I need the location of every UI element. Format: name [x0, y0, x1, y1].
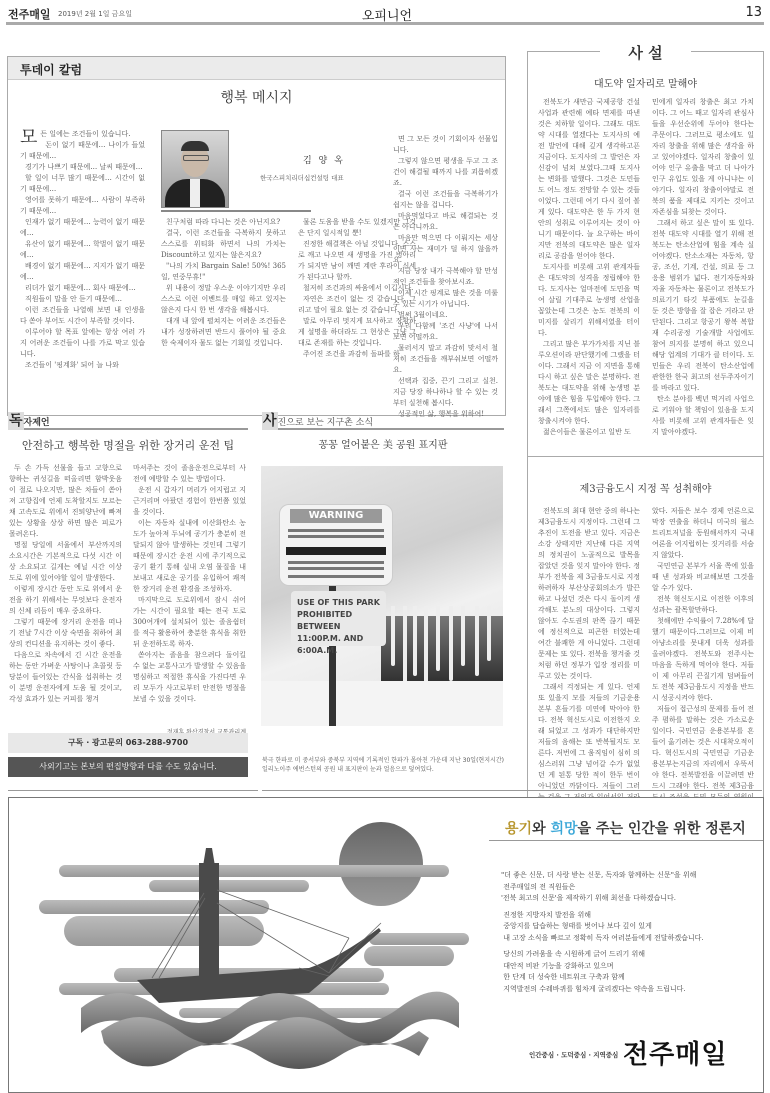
reader-column-text-2: 마셔주는 것이 졸음운전으로부터 사전에 예방할 수 있는 방법이다.운전 시 … — [133, 463, 246, 705]
today-column-text-4: 면 그 모든 것이 기회이자 선물입니다.그렇지 않으면 평생을 두고 그 조건… — [393, 134, 498, 420]
today-column: 투데이 칼럼 행복 메시지 김 양 옥 한국스피치리더십컨설팅 대표 모 든 일… — [7, 56, 506, 416]
editorial-title-1: 대도약 일자리로 말해야 — [528, 75, 763, 90]
ad-body: "더 좋은 신문, 더 사랑 받는 신문, 독자와 함께하는 신문"을 위해 전… — [501, 870, 761, 1000]
section-divider — [8, 790, 258, 791]
photo-news-title: 꽁꽁 얼어붙은 美 공원 표지판 — [262, 436, 504, 451]
photo-news-initial: 사 — [262, 412, 278, 430]
reader-header-label: 자제언 — [24, 418, 50, 428]
subscription-bar: 구독 · 광고문의 063-288-9700 — [8, 733, 248, 753]
masthead-rule — [6, 22, 764, 25]
section-divider — [262, 790, 762, 791]
editorial-title-2: 제3금융도시 지정 꼭 성취해야 — [528, 480, 763, 495]
editorial-1-text-1: 전북도가 새만금 국제공항 건설 사업과 관련해 예타 면제를 따낸 것은 치하… — [538, 97, 640, 438]
editorial-label: 사 설 — [528, 42, 763, 63]
editorial-box: 사 설 대도약 일자리로 말해야 전북도가 새만금 국제공항 건설 사업과 관련… — [527, 51, 764, 457]
photo-news-image: USE OF THIS PARK PROHIBITED BETWEEN 11:0… — [261, 466, 503, 726]
author-photo — [161, 130, 229, 208]
ad-headline: 용기와 희망을 주는 인간을 위한 정론지 — [505, 818, 746, 838]
reader-column-header: 독자제언 — [8, 410, 248, 430]
ad-divider — [489, 840, 763, 841]
byline-divider — [161, 210, 311, 212]
today-column-label: 투데이 칼럼 — [20, 61, 82, 78]
photo-news-header: 사진으로 보는 지구촌 소식 — [262, 410, 504, 430]
editorial-box-2: 제3금융도시 지정 꼭 성취해야 전북도의 최대 현안 중의 하나는 제3금융도… — [527, 456, 764, 813]
ad-logo: 전주매일 — [623, 1034, 727, 1071]
reader-header-initial: 독 — [8, 412, 24, 430]
masthead: 전주매일 2019년 2월 1일 금요일 오피니언 13 — [8, 4, 766, 24]
ad-slogan: 인간중심 · 도덕중심 · 지역중심 — [529, 1050, 618, 1059]
newspaper-ad: 용기와 희망을 주는 인간을 위한 정론지 "더 좋은 신문, 더 사랑 받는 … — [8, 797, 764, 1093]
dropcap: 모 — [20, 129, 37, 147]
park-hours-sign: USE OF THIS PARK PROHIBITED BETWEEN 11:0… — [291, 591, 386, 646]
today-column-text-1: 모 든 일에는 조건들이 있습니다. 돈이 없기 때문에… 나이가 들었기 때문… — [20, 129, 145, 371]
editorial-2-text-2: 았다. 저들은 보수 경제 언론으로 막장 연출을 하더니 미국의 월스트리트저… — [652, 506, 754, 814]
subscription-label: 구독 · 광고문의 — [68, 738, 123, 747]
page-number: 13 — [745, 5, 762, 20]
subscription-phone[interactable]: 063-288-9700 — [126, 738, 188, 747]
reader-column-text-1: 두 손 가득 선물을 들고 고향으로 향하는 귀성길을 떠올리면 함박웃음이 절… — [9, 463, 122, 705]
warning-sign: WARNING — [279, 504, 393, 586]
today-column-header: 투데이 칼럼 — [8, 57, 505, 80]
author-title: 한국스피치리더십컨설팅 대표 — [260, 173, 344, 182]
today-column-title: 행복 메시지 — [8, 87, 505, 107]
editorial-1-text-2: 민에게 일자리 창출은 최고 가치이다. 그 어느 때고 일자리 관심사들을 우… — [652, 97, 754, 438]
disclaimer-bar: 사외기고는 본보의 편집방향과 다를 수도 있습니다. — [8, 757, 248, 777]
today-column-text-2: 친구처럼 따라 다니는 것은 아닌지요?결국, 이런 조건들을 극복하지 못하고… — [161, 217, 286, 349]
photo-news-label: 진으로 보는 지구촌 소식 — [278, 418, 374, 428]
photo-news-caption: 북극 한파로 미 중서부와 중북부 지역에 기록적인 한파가 몰아친 가운데 지… — [262, 756, 504, 774]
editorial-2-text-1: 전북도의 최대 현안 중의 하나는 제3금융도시 지정이다. 그런데 그 추진이… — [538, 506, 640, 814]
reader-column-title: 안전하고 행복한 명절을 위한 장거리 운전 팁 — [8, 437, 248, 453]
pen-ship-illustration — [9, 798, 479, 1092]
author-name: 김 양 옥 — [303, 153, 345, 166]
